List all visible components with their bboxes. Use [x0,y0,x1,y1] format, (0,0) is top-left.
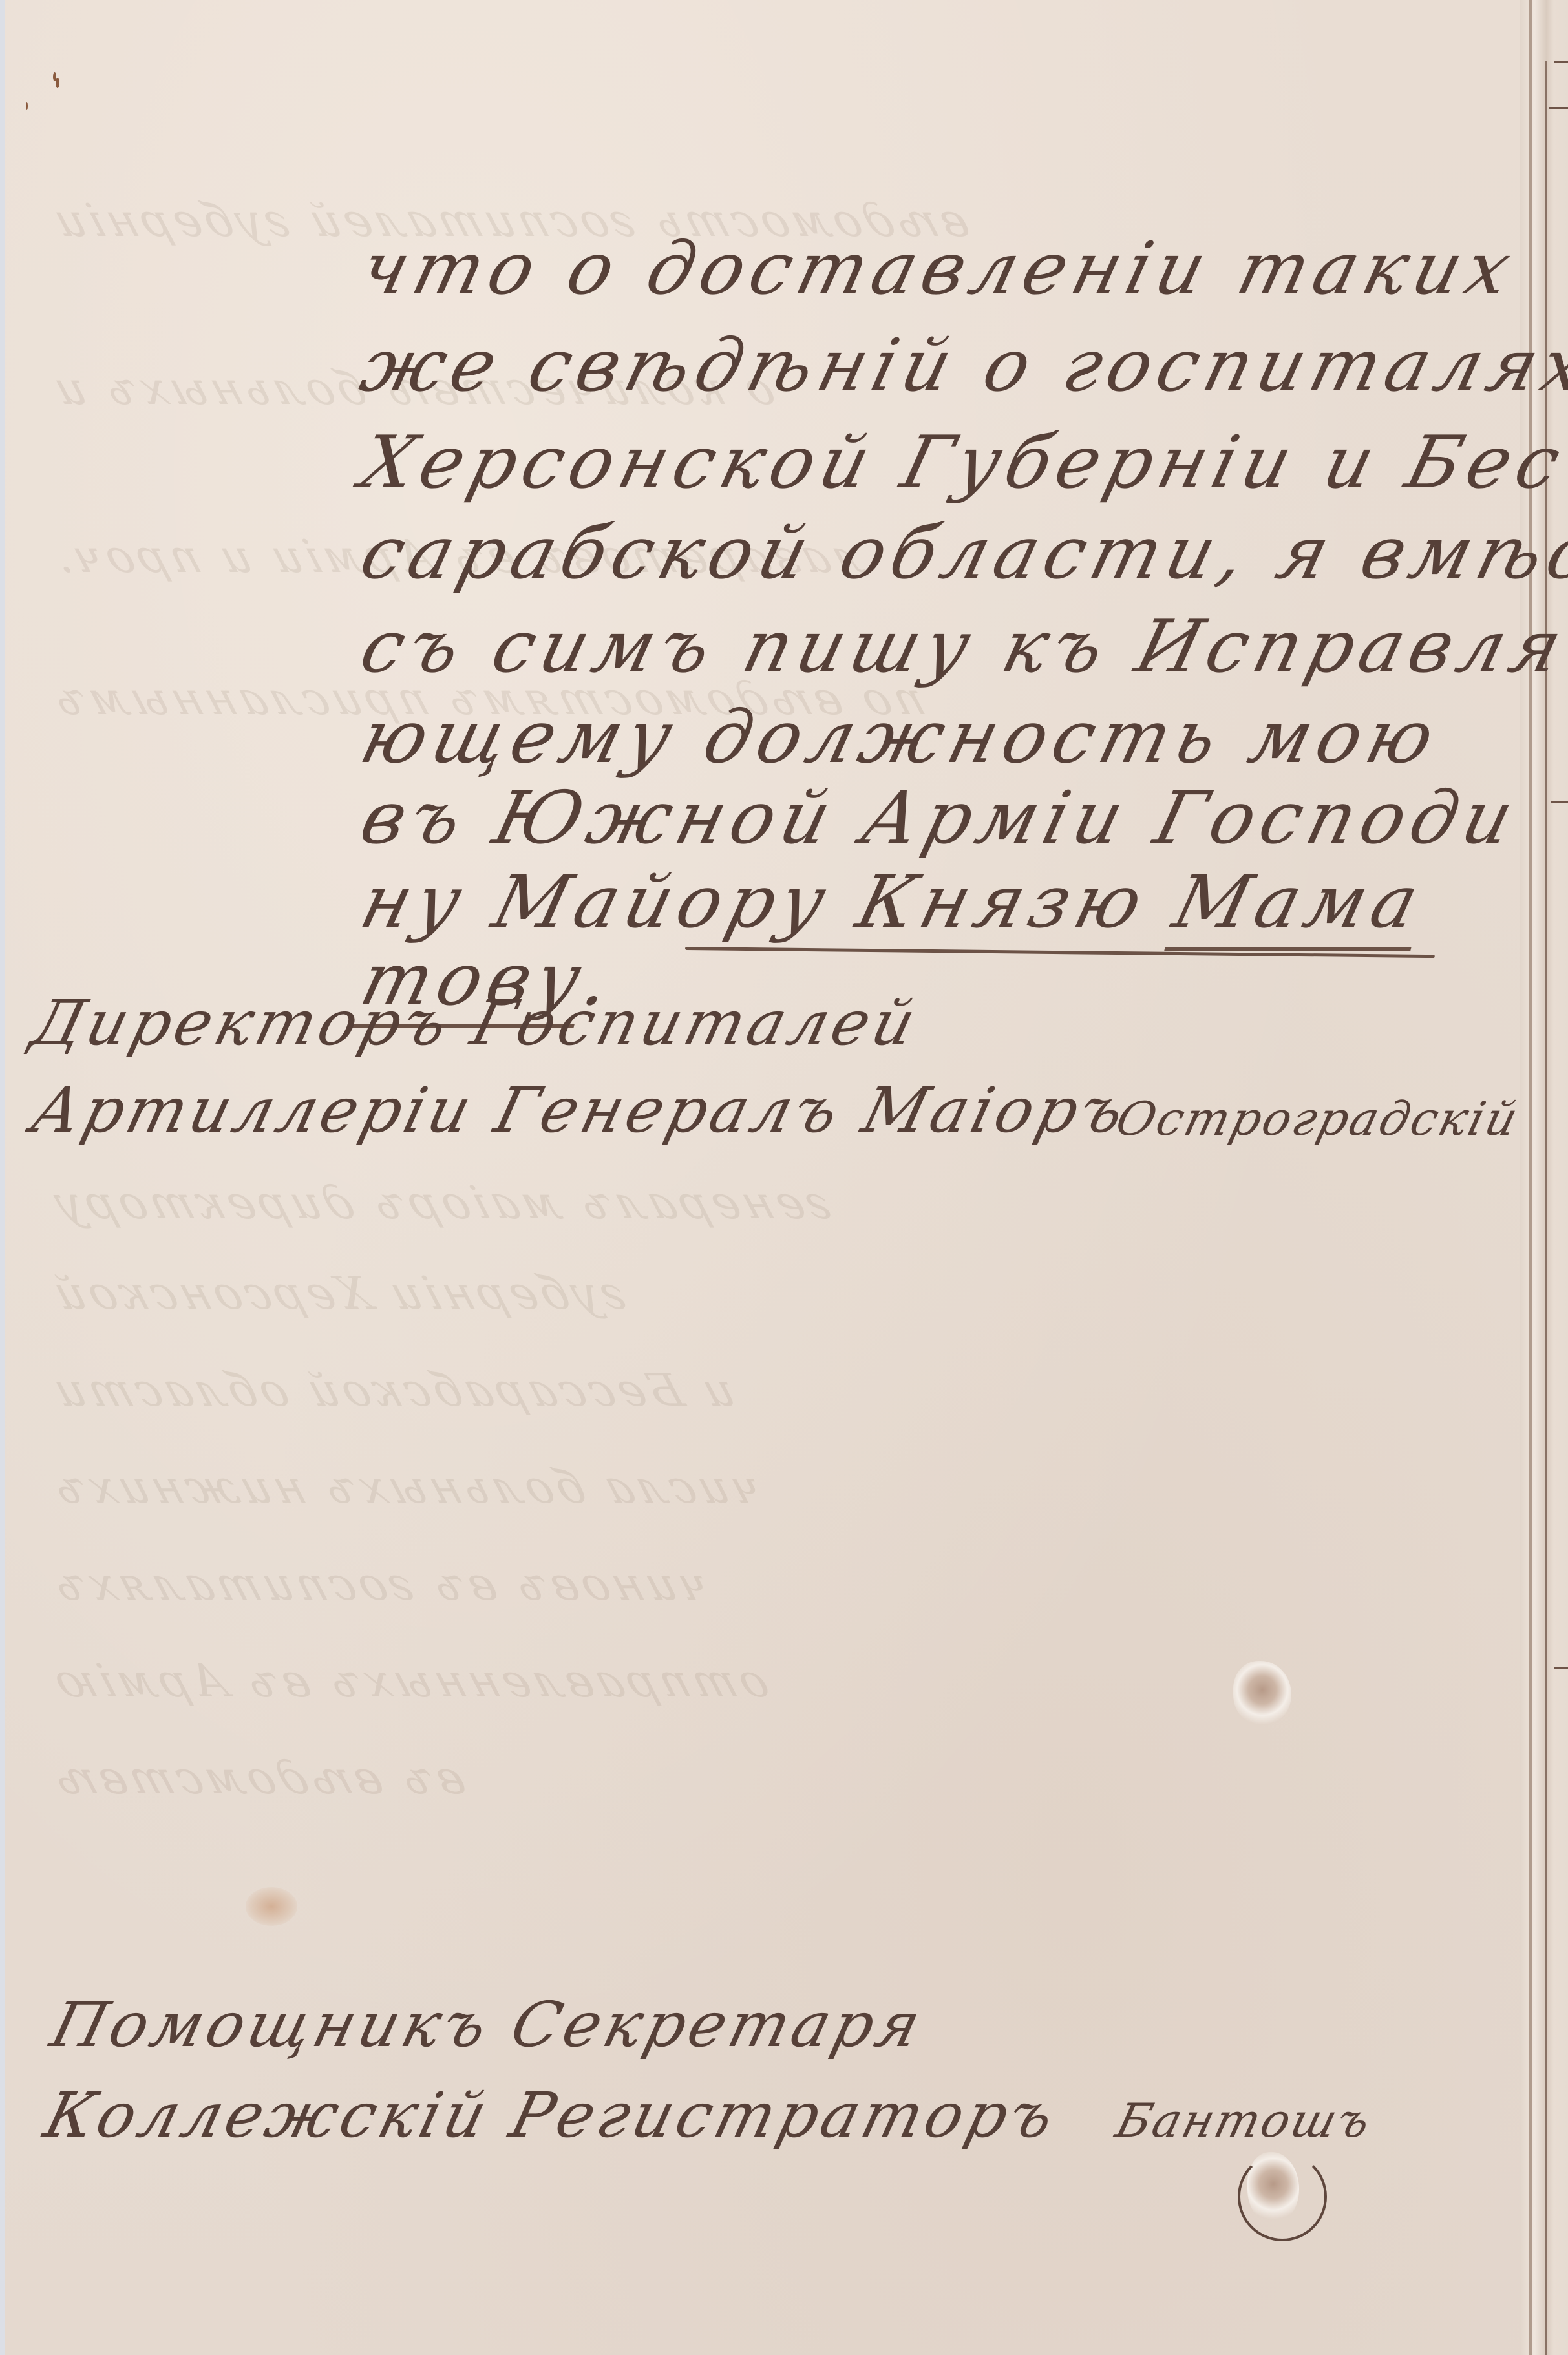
body-line-2: же свѣдѣній о госпиталях [354,330,1568,402]
signature-1-name: Остроградскій [1112,1095,1524,1142]
bleed-through-text: чиновъ въ госпиталяхъ [43,1558,716,1610]
body-line-3: Херсонской Губерніи и Бес [354,427,1568,499]
underlined-name-part1: Мама [1164,860,1433,951]
ink-speck [56,78,59,88]
signature-2-title: Помощникъ Секретаря [45,1994,930,2056]
foxing-stain [246,1887,297,1926]
body-line-5: съ симъ пишу къ Исправля [354,611,1568,683]
body-line-4: сарабской области, я вмѣстѣ [354,517,1568,589]
body-line-1: что о доставленіи таких [354,233,1523,305]
body-line-7: въ Южной Арміи Господи [354,782,1526,854]
body-line-6: ющему должность мою [354,701,1447,774]
bleed-through-text: и Бессарабской области [43,1364,742,1417]
signature-1-title: Директоръ Госпиталей [26,992,925,1054]
bleed-through-text: генералъ маіоръ директору [43,1176,838,1229]
scan-left-edge [0,0,5,2355]
next-page-rule [1551,801,1568,803]
signature-1-rank: Артиллеріи Генералъ Маіоръ [26,1079,1134,1141]
paper-hole [1233,1661,1291,1726]
ink-speck [26,102,28,110]
signature-2-rank: Коллежскій Регистраторъ [39,2084,1064,2146]
body-line-8-text: ну Майору Князю [353,860,1157,944]
bleed-through-text: отправленныхъ въ Армію [43,1654,776,1707]
bleed-through-text: въ вѣдомствѣ [43,1751,472,1804]
bleed-through-text: числа больныхъ нижнихъ [43,1461,768,1514]
next-page-rule [1554,1667,1568,1669]
bleed-through-text: губерніи Херсонской [43,1267,633,1320]
next-page-rule [1554,61,1568,63]
signature-flourish [1238,2152,1327,2241]
signature-2-name: Бантошъ [1112,2097,1377,2144]
next-page-rule [1549,107,1568,109]
body-line-8: ну Майору Князю Мама [354,866,1432,938]
